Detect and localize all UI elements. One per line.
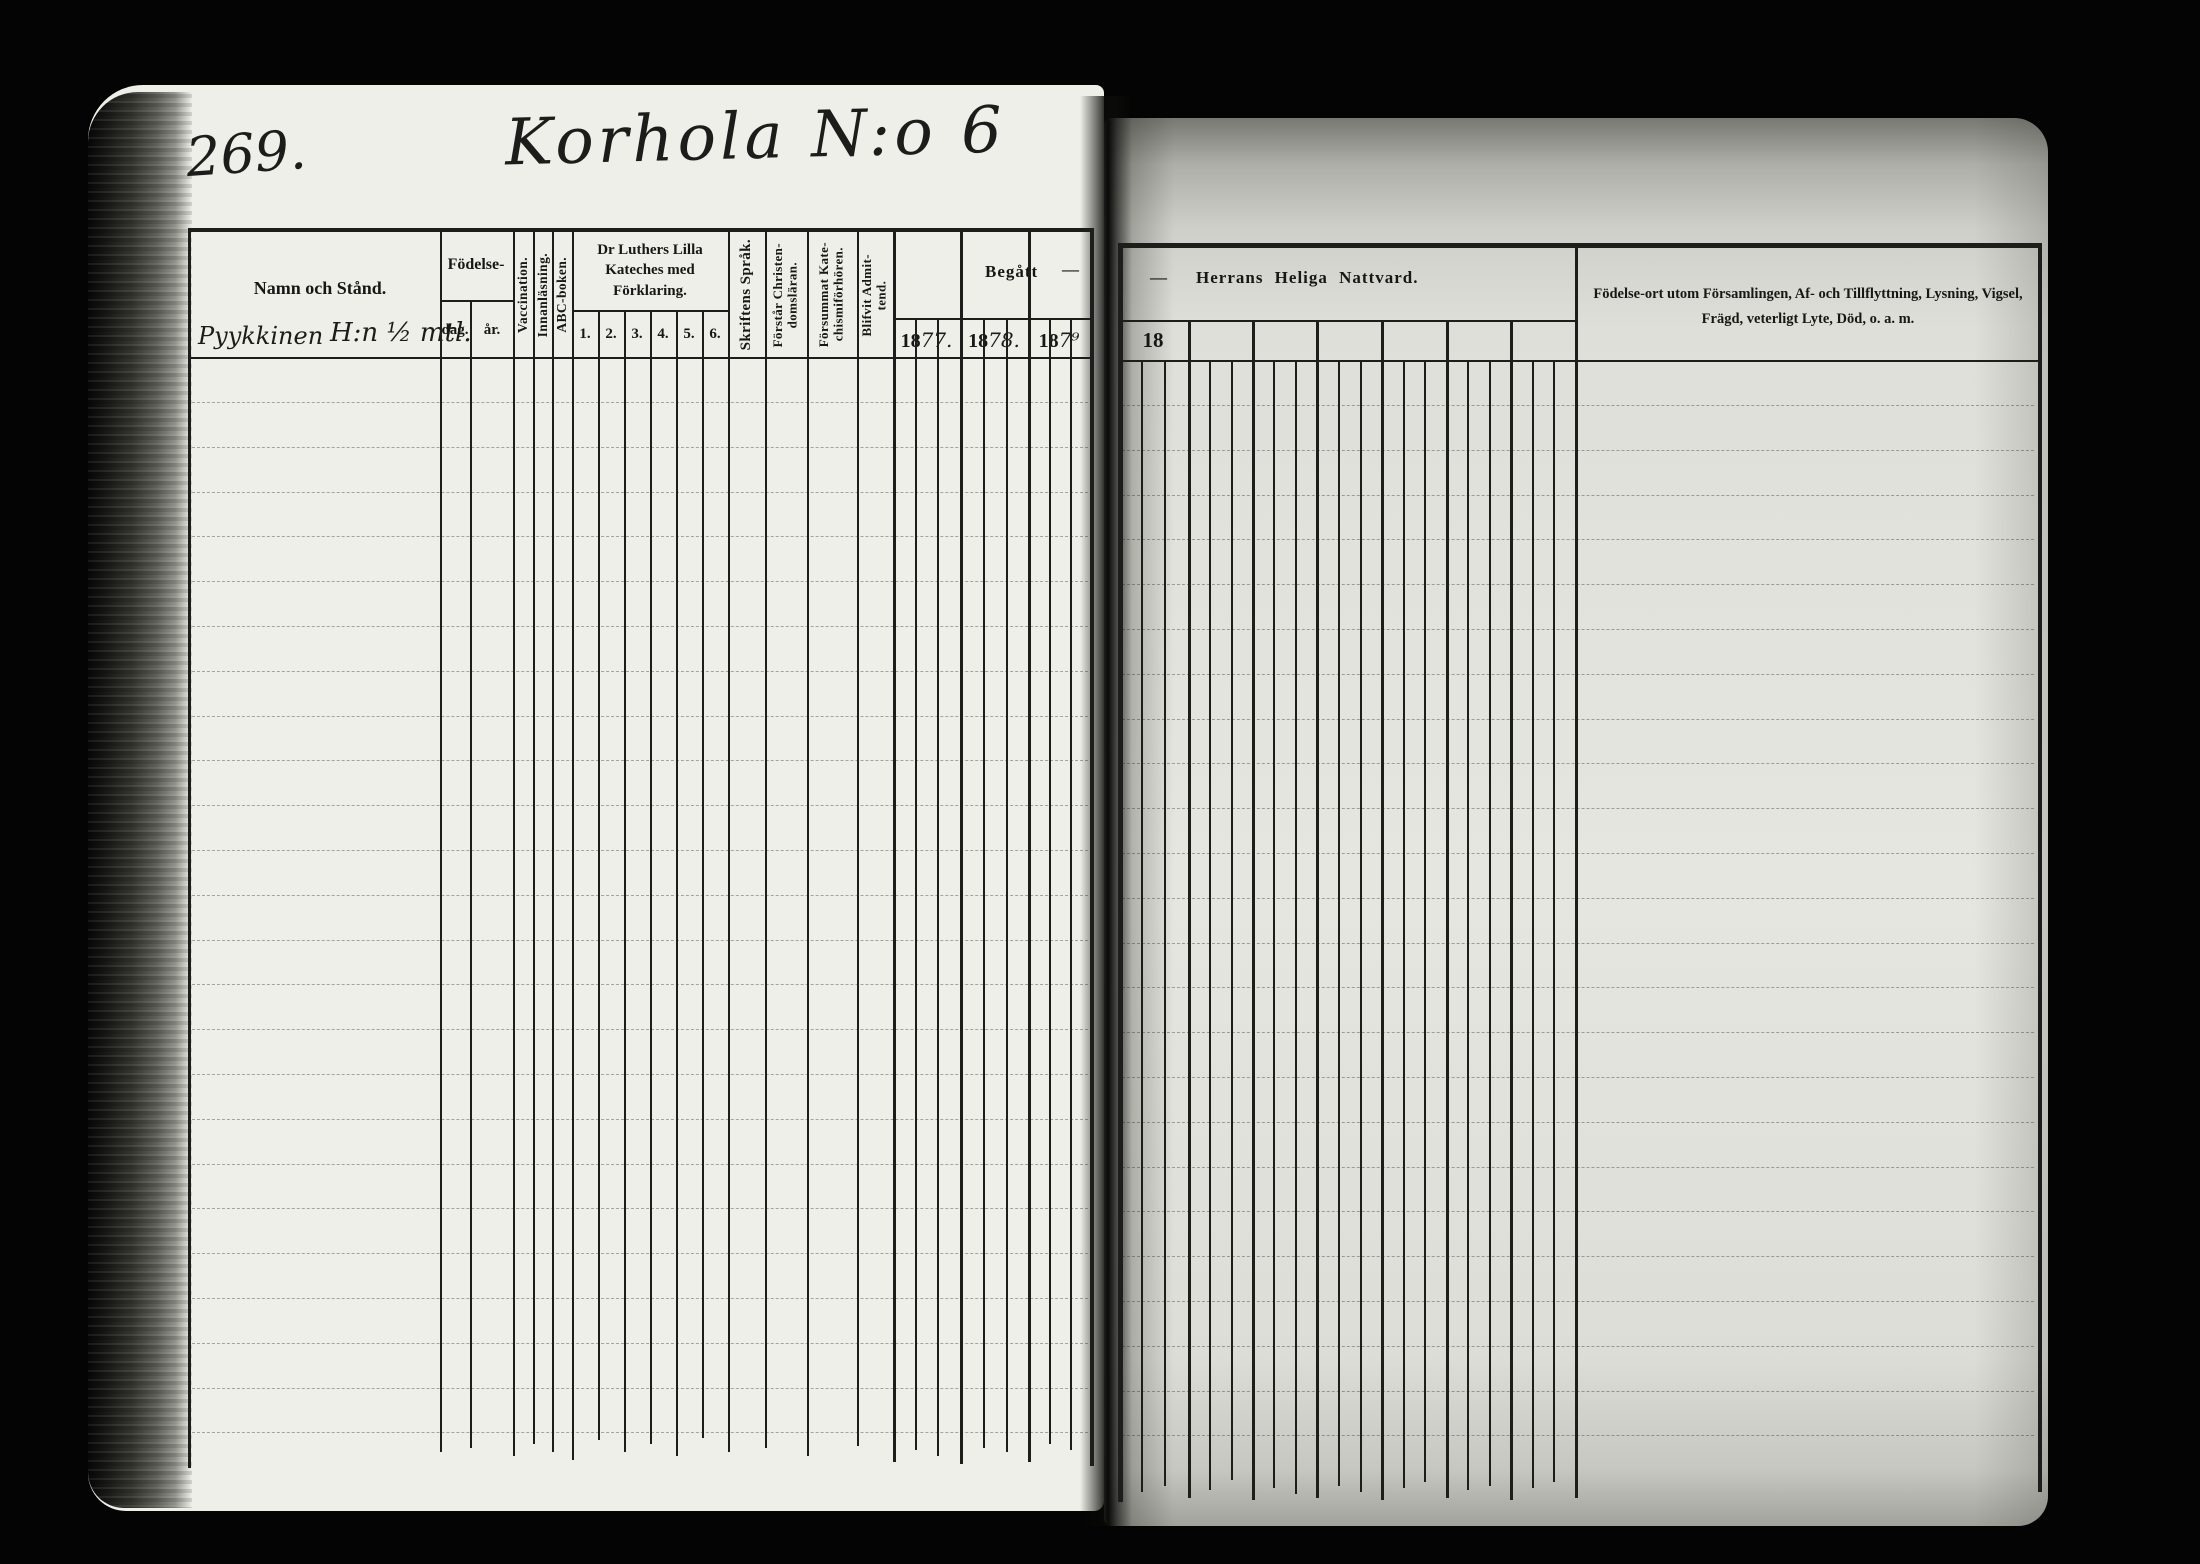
table-vertical-line bbox=[1338, 362, 1340, 1486]
ruled-line bbox=[192, 1388, 1088, 1389]
ruled-line bbox=[1122, 1122, 2034, 1123]
ruled-line bbox=[1122, 1077, 2034, 1078]
table-vertical-line bbox=[857, 232, 859, 1446]
table-vertical-line bbox=[1381, 320, 1384, 1500]
ruled-line bbox=[1122, 1032, 2034, 1033]
ruled-line bbox=[1122, 584, 2034, 585]
ruled-line bbox=[192, 716, 1088, 717]
table-horizontal-line bbox=[188, 357, 1090, 359]
table-vertical-line bbox=[470, 300, 472, 1448]
table-vertical-line bbox=[188, 228, 191, 1468]
table-vertical-line bbox=[1446, 320, 1449, 1498]
ruled-line bbox=[1122, 763, 2034, 764]
table-vertical-line bbox=[807, 232, 809, 1456]
table-vertical-line bbox=[1467, 362, 1469, 1490]
ruled-line bbox=[192, 1208, 1088, 1209]
year-header-nattvard: 18 bbox=[1119, 328, 1187, 353]
ruled-line bbox=[192, 984, 1088, 985]
table-horizontal-line bbox=[1118, 320, 1575, 322]
table-vertical-line bbox=[983, 318, 985, 1448]
ruled-line bbox=[1122, 853, 2034, 854]
ruled-line bbox=[1122, 1301, 2034, 1302]
ruled-line bbox=[192, 1298, 1088, 1299]
ruled-line bbox=[1122, 898, 2034, 899]
ruled-line bbox=[192, 1343, 1088, 1344]
table-vertical-line bbox=[572, 232, 574, 1460]
ruled-line bbox=[1122, 987, 2034, 988]
table-vertical-line bbox=[1360, 362, 1362, 1492]
table-vertical-line bbox=[1489, 362, 1491, 1486]
table-vertical-line bbox=[1575, 243, 1578, 1498]
ruled-line bbox=[192, 940, 1088, 941]
table-vertical-line bbox=[552, 232, 554, 1452]
table-vertical-line bbox=[1028, 232, 1031, 1462]
table-vertical-line bbox=[915, 318, 917, 1450]
table-vertical-line bbox=[937, 318, 939, 1456]
ruled-line bbox=[1122, 943, 2034, 944]
table-vertical-line bbox=[1118, 243, 1123, 1502]
ruled-line bbox=[192, 626, 1088, 627]
ruled-line bbox=[192, 492, 1088, 493]
table-vertical-line bbox=[1403, 362, 1405, 1488]
scanned-parish-register-spread: 269. Korhola N:o 6 Namn och Stånd. Pyykk… bbox=[0, 0, 2200, 1564]
table-vertical-line bbox=[1252, 320, 1255, 1500]
ruled-line bbox=[192, 850, 1088, 851]
table-vertical-line bbox=[1532, 362, 1534, 1488]
table-horizontal-line bbox=[188, 228, 1090, 232]
ruled-line bbox=[1122, 495, 2034, 496]
table-vertical-line bbox=[1231, 362, 1233, 1480]
ruled-line bbox=[192, 1253, 1088, 1254]
ruled-line bbox=[192, 671, 1088, 672]
ruled-line bbox=[192, 402, 1088, 403]
ruled-line bbox=[1122, 1256, 2034, 1257]
table-vertical-line bbox=[1553, 362, 1555, 1482]
table-vertical-line bbox=[1295, 362, 1297, 1494]
ruled-line bbox=[1122, 405, 2034, 406]
table-horizontal-line bbox=[572, 310, 728, 312]
table-vertical-line bbox=[1141, 362, 1143, 1492]
ruled-line bbox=[192, 1119, 1088, 1120]
table-vertical-line bbox=[624, 312, 626, 1452]
ruled-line bbox=[1122, 450, 2034, 451]
table-vertical-line bbox=[960, 232, 963, 1464]
ruled-line bbox=[1122, 1211, 2034, 1212]
table-horizontal-line bbox=[893, 318, 1090, 320]
table-vertical-line bbox=[1049, 318, 1051, 1444]
ruled-line bbox=[192, 1029, 1088, 1030]
table-vertical-line bbox=[1188, 320, 1191, 1498]
ruled-line bbox=[1122, 808, 2034, 809]
table-vertical-line bbox=[1006, 318, 1008, 1452]
ruled-line bbox=[192, 447, 1088, 448]
ruled-line bbox=[192, 805, 1088, 806]
table-vertical-line bbox=[1424, 362, 1426, 1482]
ruled-line bbox=[192, 536, 1088, 537]
table-vertical-line bbox=[1209, 362, 1211, 1490]
table-vertical-line bbox=[893, 232, 896, 1462]
table-vertical-line bbox=[765, 232, 767, 1448]
table-vertical-line bbox=[676, 312, 678, 1456]
table-vertical-line bbox=[1273, 362, 1275, 1488]
table-content-layer: 18 bbox=[0, 0, 2200, 1564]
ruled-line bbox=[1122, 1435, 2034, 1436]
year-printed: 18 bbox=[1143, 328, 1164, 352]
table-vertical-line bbox=[1164, 362, 1166, 1486]
table-vertical-line bbox=[1316, 320, 1319, 1498]
ruled-line bbox=[1122, 1346, 2034, 1347]
table-horizontal-line bbox=[1118, 243, 2038, 248]
ruled-line bbox=[192, 1164, 1088, 1165]
table-vertical-line bbox=[1070, 318, 1072, 1450]
table-vertical-line bbox=[440, 232, 442, 1452]
ruled-line bbox=[192, 1074, 1088, 1075]
table-horizontal-line bbox=[1118, 360, 2038, 362]
ruled-line bbox=[192, 1432, 1088, 1433]
table-vertical-line bbox=[650, 312, 652, 1444]
table-horizontal-line bbox=[440, 300, 513, 302]
ruled-line bbox=[1122, 1391, 2034, 1392]
table-vertical-line bbox=[513, 232, 515, 1456]
ruled-line bbox=[1122, 539, 2034, 540]
table-vertical-line bbox=[1090, 228, 1094, 1466]
ruled-line bbox=[1122, 674, 2034, 675]
ruled-line bbox=[192, 581, 1088, 582]
table-vertical-line bbox=[533, 232, 535, 1444]
table-vertical-line bbox=[728, 232, 730, 1452]
ruled-line bbox=[1122, 629, 2034, 630]
table-vertical-line bbox=[702, 312, 704, 1438]
ruled-line bbox=[192, 760, 1088, 761]
table-vertical-line bbox=[1510, 320, 1513, 1500]
ruled-line bbox=[1122, 719, 2034, 720]
ruled-line bbox=[1122, 1167, 2034, 1168]
ruled-line bbox=[192, 895, 1088, 896]
table-vertical-line bbox=[2038, 243, 2042, 1492]
table-vertical-line bbox=[598, 312, 600, 1440]
